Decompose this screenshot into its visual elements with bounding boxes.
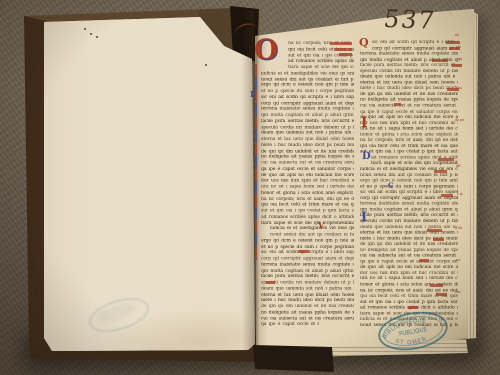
initial-c-blue: C: [388, 182, 394, 189]
manuscript-line: ura no sit i sapia hoim sed i uirtute de…: [360, 277, 458, 283]
manuscript-line: de qm ipi dm uidebūt et ite nisi credide…: [261, 304, 354, 310]
manuscript-photo: 537 nã ſic corpoib; nris et aiab; dñi qd…: [0, 0, 500, 375]
rubric-red-accent: [452, 64, 462, 67]
text-column-right: sic eni ait scdm qd scriptū ē i libro sa…: [360, 40, 458, 331]
manuscript-line: speculū cordis nri mudare debem ut p fid…: [360, 69, 458, 75]
manuscript-line: ergo qd dcm ē ostēdit nob qm p fide ambu…: [360, 178, 458, 184]
rubric-red-accent: [334, 48, 352, 51]
rubric-red-accent: [330, 42, 352, 45]
initial-i-red: I: [361, 116, 368, 130]
manuscript-line: eterna et lux uera que illuiat oēm hoiem…: [360, 230, 458, 236]
manuscript-line: no itelligetis ait ysaias ppha loquēs de…: [360, 248, 458, 254]
initial-d-blue: D: [362, 152, 371, 162]
rubric-red-accent: [436, 293, 447, 296]
manuscript-line: et no p specie dū sum i corpe pegrinam a…: [261, 89, 354, 95]
initial-i-blue: I: [361, 211, 367, 224]
rubric-red-accent: [434, 170, 447, 173]
manuscript-line: nã ſic corpoib; nris et aiab; dñi qd ee …: [261, 196, 354, 202]
margin-note: ff de: [455, 226, 462, 230]
rubric-red-accent: [433, 238, 444, 241]
text-column-left: nã ſic corpoib; nris et aiab; dñi qd ee …: [261, 41, 354, 330]
manuscript-line: ergo qd dcm ē ostēdit nob qm p fide ambu…: [261, 238, 354, 244]
initial-o-large: O: [254, 36, 278, 64]
manuscript-line: nouit sensū dñi aut qs cōsiliari ei fuit…: [261, 232, 354, 238]
rubric-red-accent: [446, 41, 460, 44]
manuscript-line: niētē i huc mudū ideo dicit ps beati mud…: [360, 86, 458, 92]
rubric-red-accent: [298, 250, 309, 253]
manuscript-line: nã ſic corpoib; nris et aiab; dñi qd ee …: [360, 138, 458, 144]
manuscript-line: qm multa cogitam et aliud p aliud qrim q…: [261, 113, 354, 119]
manuscript-line: deam que uidenda sut nob i patria ubi ē …: [261, 286, 354, 292]
manuscript-line: qa ipe ē caput eccle et saluator corpis …: [261, 167, 354, 173]
initial-p-blue: P: [250, 90, 256, 98]
manuscript-line: qa ipe ē caput eccle et saluator corpis …: [261, 322, 319, 328]
margin-note: s'm: [456, 86, 462, 90]
manuscript-line: niētē i huc mudū ideo dicit ps beati mud…: [261, 143, 354, 149]
margin-note: de pe: [455, 118, 464, 122]
margin-note: ^: [449, 13, 452, 17]
manuscript-line: speculū cordis nri mudare debem ut p fid…: [261, 125, 354, 131]
manuscript-line: sic eni ait scdm qd scriptū ē i libro sa…: [261, 95, 354, 101]
initial-v-red: V: [318, 221, 324, 229]
stamp-line2: PUBLIQUE: [399, 327, 429, 338]
rubric-red-accent: [430, 284, 443, 287]
manuscript-line: iter uos nisi ihm xpm et huc crucifixū u…: [360, 121, 458, 127]
ink-speck: [205, 64, 207, 66]
margin-note: ult': [456, 164, 461, 168]
rubric-red-accent: [419, 259, 429, 262]
rubric-red-accent: [441, 194, 453, 197]
margin-note: nõ: [455, 33, 459, 37]
rubric-red-accent: [427, 229, 442, 232]
manuscript-line: corp qd corrūpitr aggrauat aiam et depri…: [261, 256, 354, 262]
initial-q-red: Q: [359, 37, 369, 48]
folio-number: 537: [382, 5, 438, 35]
manuscript-line: deam que uidenda sut nob i patria ubi ē …: [360, 75, 458, 81]
manuscript-line: terrena ihabitatio sensū multa cogitātē …: [360, 52, 458, 58]
manuscript-line: ura no sit i sapia hoim sed i uirtute de…: [261, 185, 354, 191]
rubric-red-accent: [266, 281, 275, 284]
margin-note: no': [456, 258, 461, 262]
manuscript-line: qa ipe ē caput eccle et saluator corpis …: [360, 109, 458, 115]
manuscript-line: no itelligetis ait ysaias ppha loquēs de…: [261, 310, 354, 316]
manuscript-line: qm multa cogitam et aliud p aliud qrim q…: [360, 207, 458, 213]
margin-note: c.si: [457, 192, 462, 196]
margin-note: glo: [456, 45, 461, 49]
manuscript-line: iudicia ei et iuestigabiles vie eius qs …: [261, 71, 354, 77]
manuscript-line: deam que uidenda sut nob i patria ubi ē …: [360, 225, 458, 231]
manuscript-line: qm multa cogitam et aliud p aliud qrim q…: [261, 268, 354, 274]
ink-speck: [84, 28, 86, 30]
rubric-red-accent: [339, 53, 352, 56]
manuscript-line: qa ipe ē caput eccle et saluator corpis …: [360, 259, 458, 265]
manuscript-line: cui oia subiecta sut et ois creatura ser…: [261, 161, 354, 167]
ink-speck: [96, 36, 98, 38]
manuscript-line: honor et gloria i scla sclox amē explici…: [360, 282, 458, 288]
rubric-red-accent: [394, 103, 401, 106]
manuscript-line: sic eni ait scdm qd scriptū ē i libro sa…: [360, 40, 458, 46]
rubric-red-accent: [438, 158, 454, 161]
manuscript-line: ad romanos scribēs aplus dicit o altitud…: [261, 214, 354, 220]
ink-speck: [36, 290, 38, 292]
margin-note: ext': [455, 290, 461, 294]
ink-speck: [90, 33, 92, 35]
rubric-red-accent: [432, 59, 448, 62]
margin-note: xpi: [457, 57, 462, 61]
